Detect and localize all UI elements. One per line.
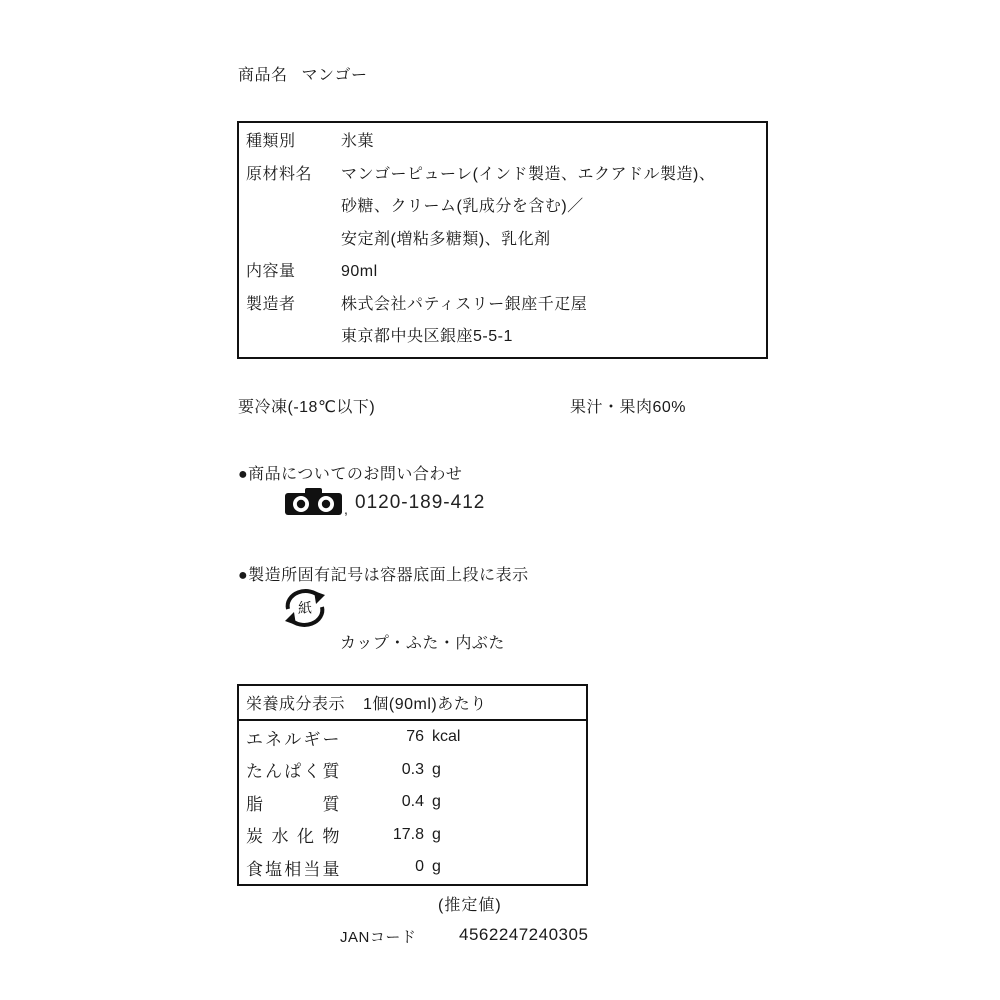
juice-content-note: 果汁・果肉60%: [570, 394, 686, 417]
product-spec-sheet: 商品名 マンゴー 種類別 氷菓 原材料名 マンゴーピューレ(インド製造、エクアド…: [0, 0, 1000, 1000]
nutrition-value-salt: 0: [340, 858, 424, 876]
nutrition-unit-fat: g: [432, 793, 441, 811]
spec-value-manufacturer-name: 株式会社パティスリー銀座千疋屋: [341, 289, 587, 322]
product-name-row: 商品名 マンゴー: [238, 62, 368, 85]
recycle-caption: カップ・ふた・内ぶた: [340, 630, 505, 653]
spec-value-manufacturer-address: 東京都中央区銀座5-5-1: [341, 321, 587, 354]
nutrition-label-energy: エネルギー: [246, 725, 340, 750]
freedial-icon-svg: [285, 488, 342, 516]
nutrition-row-protein: たんぱく質 0.3 g: [239, 754, 586, 787]
spec-label-ingredients: 原材料名: [239, 159, 341, 257]
contact-heading: ●商品についてのお問い合わせ: [238, 461, 462, 484]
spec-value-ingredients-line2: 砂糖、クリーム(乳成分を含む)／: [341, 191, 715, 224]
nutrition-row-salt: 食塩相当量 0 g: [239, 851, 586, 884]
jan-code-value: 4562247240305: [459, 925, 588, 945]
nutrition-label-carbohydrate: 炭水化物: [246, 822, 340, 847]
nutrition-value-fat: 0.4: [340, 793, 424, 811]
spec-row-type: 種類別 氷菓: [239, 126, 766, 159]
nutrition-row-energy: エネルギー 76 kcal: [239, 721, 586, 754]
spec-label-volume: 内容量: [239, 256, 341, 289]
spec-label-manufacturer: 製造者: [239, 289, 341, 354]
nutrition-label-fat: 脂質: [246, 790, 340, 815]
freedial-icon: [285, 488, 342, 521]
nutrition-row-fat: 脂質 0.4 g: [239, 786, 586, 819]
spec-value-ingredients-line3: 安定剤(増粘多糖類)、乳化剤: [341, 224, 715, 257]
spec-value-ingredients-line1: マンゴーピューレ(インド製造、エクアドル製造)、: [341, 159, 715, 192]
nutrition-footnote: (推定値): [438, 892, 502, 915]
nutrition-unit-carbohydrate: g: [432, 826, 441, 844]
frozen-storage-note: 要冷凍(-18℃以下): [238, 394, 375, 417]
nutrition-row-carbohydrate: 炭水化物 17.8 g: [239, 819, 586, 852]
manufacturing-code-note: ●製造所固有記号は容器底面上段に表示: [238, 562, 529, 585]
nutrition-header: 栄養成分表示 1個(90ml)あたり: [239, 686, 586, 721]
nutrition-value-protein: 0.3: [340, 761, 424, 779]
nutrition-title: 栄養成分表示: [246, 691, 345, 714]
spec-value-type: 氷菓: [341, 126, 374, 159]
recycle-mark-char: 紙: [298, 600, 312, 616]
product-name-label: 商品名: [238, 62, 288, 85]
jan-code-label: JANコード: [340, 926, 416, 947]
spec-table: 種類別 氷菓 原材料名 マンゴーピューレ(インド製造、エクアドル製造)、 砂糖、…: [237, 121, 768, 359]
phone-separator: ,: [344, 501, 348, 517]
phone-number: 0120-189-412: [355, 492, 485, 514]
nutrition-unit-energy: kcal: [432, 728, 460, 746]
spec-value-volume: 90ml: [341, 256, 378, 289]
nutrition-label-protein: たんぱく質: [246, 757, 340, 782]
paper-recycle-icon-svg: 紙: [280, 583, 330, 633]
spec-label-type: 種類別: [239, 126, 341, 159]
nutrition-value-carbohydrate: 17.8: [340, 826, 424, 844]
nutrition-label-salt: 食塩相当量: [246, 855, 340, 880]
nutrition-serving: 1個(90ml)あたり: [363, 691, 487, 714]
nutrition-value-energy: 76: [340, 728, 424, 746]
spec-row-volume: 内容量 90ml: [239, 256, 766, 289]
product-name-value: マンゴー: [302, 62, 368, 85]
nutrition-unit-salt: g: [432, 858, 441, 876]
nutrition-unit-protein: g: [432, 761, 441, 779]
spec-row-manufacturer: 製造者 株式会社パティスリー銀座千疋屋 東京都中央区銀座5-5-1: [239, 289, 766, 354]
spec-row-ingredients: 原材料名 マンゴーピューレ(インド製造、エクアドル製造)、 砂糖、クリーム(乳成…: [239, 159, 766, 257]
paper-recycle-icon: 紙: [280, 583, 330, 638]
nutrition-table: 栄養成分表示 1個(90ml)あたり エネルギー 76 kcal たんぱく質 0…: [237, 684, 588, 886]
